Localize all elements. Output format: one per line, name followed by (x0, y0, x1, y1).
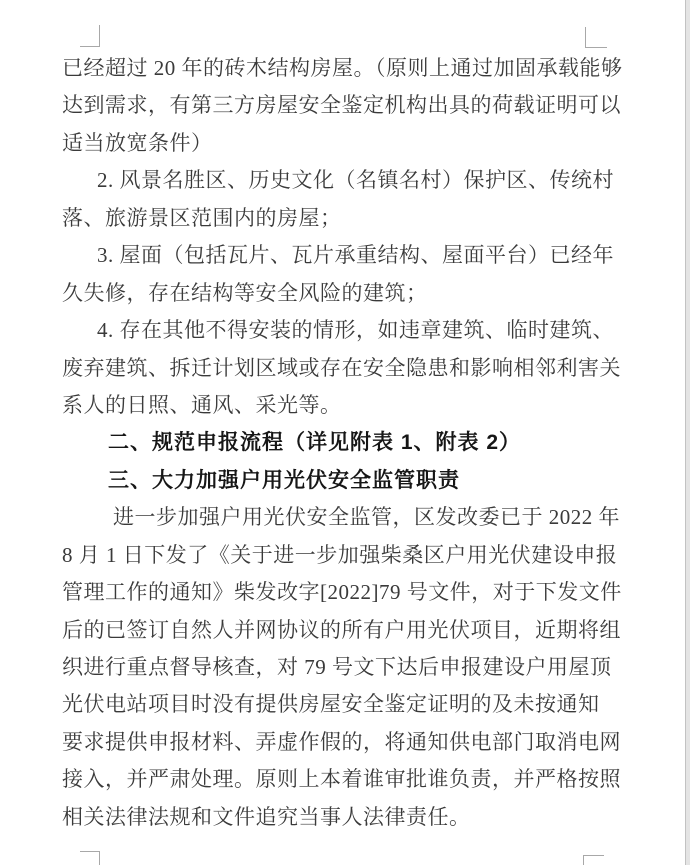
document-line: 系人的日照、通风、采光等。 (62, 387, 607, 424)
document-line: 要求提供申报材料、弄虚作假的，将通知供电部门取消电网 (62, 724, 607, 761)
page-right-edge (685, 0, 690, 865)
document-line: 久失修，存在结构等安全风险的建筑； (62, 275, 607, 312)
crop-mark-top-right-vertical (585, 27, 586, 48)
crop-mark-bottom-left-horizontal (80, 851, 100, 852)
crop-mark-bottom-right-horizontal (583, 855, 604, 856)
document-line: 后的已签订自然人并网协议的所有户用光伏项目，近期将组 (62, 612, 607, 649)
document-line: 2. 风景名胜区、历史文化（名镇名村）保护区、传统村 (62, 162, 607, 199)
document-line: 进一步加强户用光伏安全监管，区发改委已于 2022 年 (62, 499, 607, 536)
document-line: 8 月 1 日下发了《关于进一步加强柴桑区户用光伏建设申报 (62, 537, 607, 574)
document-line: 二、规范申报流程（详见附表 1、附表 2） (62, 424, 607, 461)
crop-mark-top-left-horizontal (80, 46, 100, 47)
document-line: 适当放宽条件） (62, 125, 607, 162)
document-line: 织进行重点督导核查，对 79 号文下达后申报建设户用屋顶 (62, 649, 607, 686)
crop-mark-bottom-right-vertical (583, 855, 584, 865)
document-line: 管理工作的通知》柴发改字[2022]79 号文件，对于下发文件 (62, 574, 607, 611)
crop-mark-top-left-vertical (99, 25, 100, 47)
document-line: 接入，并严肃处理。原则上本着谁审批谁负责，并严格按照 (62, 761, 607, 798)
document-line: 光伏电站项目时没有提供房屋安全鉴定证明的及未按通知 (62, 686, 607, 723)
document-line: 相关法律法规和文件追究当事人法律责任。 (62, 799, 607, 836)
document-page: 已经超过 20 年的砖木结构房屋。（原则上通过加固承载能够达到需求，有第三方房屋… (0, 0, 690, 865)
crop-mark-bottom-left-vertical (99, 851, 100, 865)
document-line: 已经超过 20 年的砖木结构房屋。（原则上通过加固承载能够 (62, 50, 607, 87)
document-line: 三、大力加强户用光伏安全监管职责 (62, 462, 607, 499)
document-line: 废弃建筑、拆迁计划区域或存在安全隐患和影响相邻利害关 (62, 350, 607, 387)
crop-mark-top-right-horizontal (585, 47, 607, 48)
document-line: 3. 屋面（包括瓦片、瓦片承重结构、屋面平台）已经年 (62, 237, 607, 274)
document-line: 4. 存在其他不得安装的情形，如违章建筑、临时建筑、 (62, 312, 607, 349)
document-line: 落、旅游景区范围内的房屋； (62, 200, 607, 237)
document-line: 达到需求，有第三方房屋安全鉴定机构出具的荷载证明可以 (62, 87, 607, 124)
document-body: 已经超过 20 年的砖木结构房屋。（原则上通过加固承载能够达到需求，有第三方房屋… (62, 50, 607, 836)
